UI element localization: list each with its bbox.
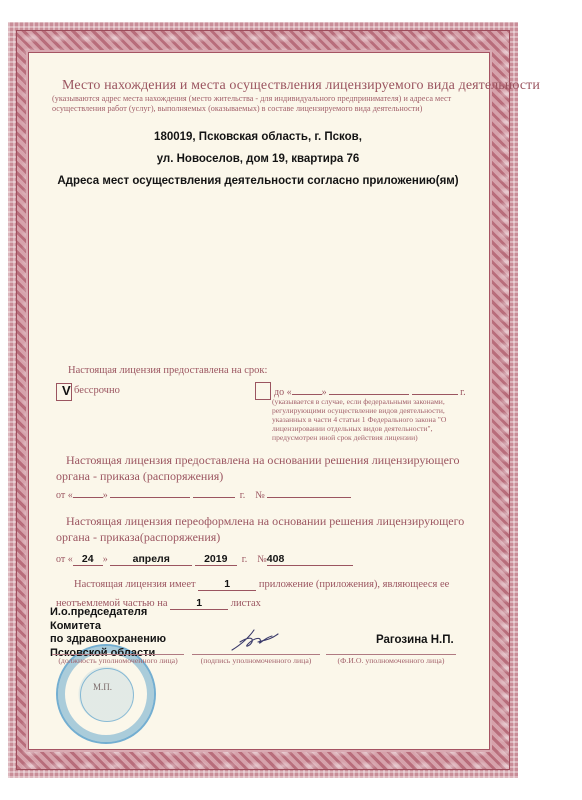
location-note: (указываются адрес места нахождения (мес… bbox=[52, 94, 462, 114]
until-note: (указывается в случае, если федеральными… bbox=[272, 397, 457, 442]
position-caption: (должность уполномоченного лица) bbox=[52, 656, 184, 665]
reissue-quote-close: » bbox=[103, 554, 108, 565]
perpetual-label: бессрочно bbox=[74, 385, 120, 396]
address-line-2: ул. Новоселов, дом 19, квартира 76 bbox=[0, 153, 516, 165]
basis-number-field[interactable] bbox=[267, 497, 351, 498]
basis-text: Настоящая лицензия предоставлена на осно… bbox=[56, 452, 476, 484]
name-underline bbox=[326, 654, 456, 655]
appendix-count-line: Настоящая лицензия имеет 1 приложение (п… bbox=[74, 578, 449, 591]
basis-from-prefix: от « bbox=[56, 490, 73, 501]
until-day-field[interactable] bbox=[292, 384, 322, 395]
location-heading: Место нахождения и места осуществления л… bbox=[62, 78, 540, 94]
signatory-position: И.о.председателя Комитета по здравоохран… bbox=[50, 606, 166, 660]
reissue-year-suffix: г. bbox=[242, 554, 247, 565]
until-year-field[interactable] bbox=[412, 384, 458, 395]
basis-date-line: от «» г. № bbox=[56, 490, 351, 501]
address-line-1: 180019, Псковская область, г. Псков, bbox=[0, 131, 516, 143]
appendix-sheets-after: листах bbox=[231, 598, 261, 609]
reissue-number-field[interactable]: 408 bbox=[267, 553, 353, 566]
basis-year-field[interactable] bbox=[193, 497, 235, 498]
basis-year-suffix: г. bbox=[240, 490, 245, 501]
until-date-line: до «» г. bbox=[274, 384, 466, 398]
signature-caption: (подпись уполномоченного лица) bbox=[192, 656, 320, 665]
reissue-text: Настоящая лицензия переоформлена на осно… bbox=[56, 513, 476, 545]
reissue-month-field[interactable]: апреля bbox=[110, 553, 192, 566]
until-month-field[interactable] bbox=[329, 384, 409, 395]
coat-of-arms-icon bbox=[80, 668, 134, 722]
position-line: Комитета bbox=[50, 620, 166, 634]
reissue-from-prefix: от « bbox=[56, 554, 73, 565]
basis-month-field[interactable] bbox=[110, 497, 190, 498]
appendix-count-field[interactable]: 1 bbox=[198, 578, 256, 591]
reissue-day-field[interactable]: 24 bbox=[73, 553, 103, 566]
position-line: И.о.председателя bbox=[50, 606, 166, 620]
until-checkbox[interactable] bbox=[255, 382, 271, 400]
appendix-sheets-field[interactable]: 1 bbox=[170, 597, 228, 610]
address-line-3: Адреса мест осуществления деятельности с… bbox=[0, 175, 516, 187]
until-year-suffix: г. bbox=[460, 387, 465, 398]
term-label: Настоящая лицензия предоставлена на срок… bbox=[68, 365, 267, 376]
basis-number-prefix: № bbox=[255, 490, 265, 501]
name-caption: (Ф.И.О. уполномоченного лица) bbox=[326, 656, 456, 665]
signatory-name: Рагозина Н.П. bbox=[376, 634, 454, 646]
stamp-label: М.П. bbox=[93, 682, 112, 692]
position-line: по здравоохранению bbox=[50, 633, 166, 647]
reissue-year-field[interactable]: 2019 bbox=[195, 553, 237, 566]
basis-quote-close: » bbox=[103, 490, 108, 501]
reissue-number-prefix: № bbox=[257, 554, 267, 565]
basis-day-field[interactable] bbox=[73, 497, 103, 498]
position-underline bbox=[52, 654, 184, 655]
signature-icon bbox=[228, 628, 284, 654]
signature-underline bbox=[192, 654, 320, 655]
appendix-text-before: Настоящая лицензия имеет bbox=[74, 579, 196, 590]
check-mark-icon: V bbox=[62, 383, 71, 398]
reissue-date-line: от «24» апреля 2019 г. №408 bbox=[56, 553, 353, 566]
appendix-text-after: приложение (приложения), являющееся ее bbox=[259, 579, 450, 590]
